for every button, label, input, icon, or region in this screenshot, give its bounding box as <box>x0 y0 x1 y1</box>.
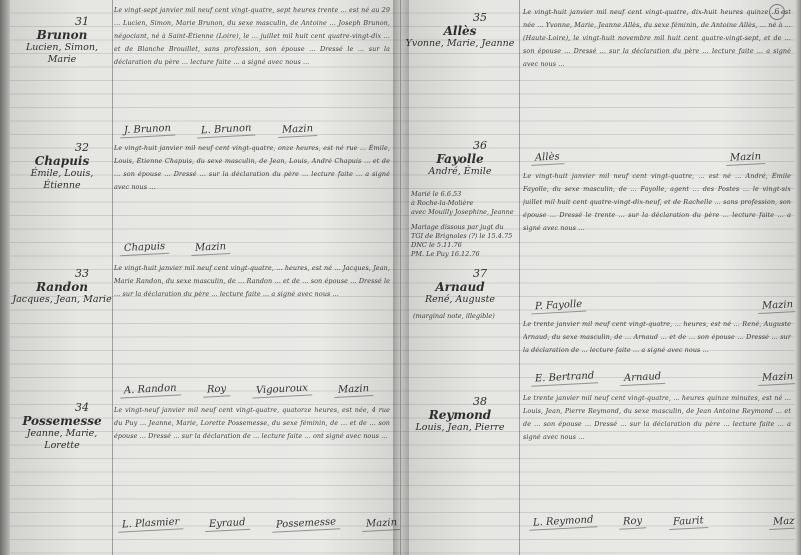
annotation-line: avec Mouilly Josephine, Jeanne <box>411 208 517 217</box>
act-text-35: Le vingt-huit janvier mil neuf cent ving… <box>523 6 791 160</box>
signature: Mazin <box>277 123 317 138</box>
entry-given-names: Émile, Louis, Étienne <box>12 168 112 192</box>
margin-entry-31: 31 Brunon Lucien, Simon, Marie <box>12 16 112 66</box>
register-spread: 31 Brunon Lucien, Simon, Marie 32 Chapui… <box>0 0 801 555</box>
left-margin-column: 31 Brunon Lucien, Simon, Marie 32 Chapui… <box>12 0 113 555</box>
signature: Mazin <box>333 383 373 398</box>
margin-entry-35: 35 Allès Yvonne, Marie, Jeanne <box>401 12 519 50</box>
entry-surname: Brunon <box>12 28 112 42</box>
entry-given-names: Jacques, Jean, Marie <box>12 294 112 306</box>
entry-given-names: Yvonne, Marie, Jeanne <box>401 38 519 50</box>
signature: E. Bertrand <box>531 370 599 387</box>
entry-number: 31 <box>12 16 112 28</box>
entry-surname: Allès <box>401 24 519 38</box>
signatures-38: L. Reymond Roy Faurit Mazin <box>529 516 801 529</box>
signature: Mazin <box>769 515 801 530</box>
signature: Mazin <box>725 151 765 166</box>
margin-entry-33: 33 Randon Jacques, Jean, Marie <box>12 268 112 306</box>
signature: A. Randon <box>120 382 181 398</box>
entry-number: 34 <box>12 402 112 414</box>
signatures-31: J. Brunon L. Brunon Mazin <box>120 124 317 137</box>
entry-surname: Arnaud <box>401 280 519 294</box>
annotation-line: DNC le 5.11.76 <box>411 241 517 250</box>
entry-given-names: Jeanne, Marie, Lorette <box>12 428 112 452</box>
signatures-37: E. Bertrand Arnaud Mazin <box>531 372 797 385</box>
entry-number: 36 <box>401 140 519 152</box>
entry-number: 38 <box>401 396 519 408</box>
signature: Arnaud <box>620 371 666 386</box>
annotation-line: Mariage dissous par jugt du TGI de Brign… <box>411 223 517 241</box>
act-text-32: Le vingt-huit janvier mil neuf cent ving… <box>114 142 390 242</box>
act-text-37: Le trente janvier mil neuf cent vingt-qu… <box>523 318 791 372</box>
entry-surname: Reymond <box>401 408 519 422</box>
signature: Allès <box>531 151 564 166</box>
act-text-38: Le trente janvier mil neuf cent vingt-qu… <box>523 392 791 508</box>
signatures-34: L. Plasmier Eyraud Possemesse Mazin <box>118 518 401 531</box>
annotation-line: (marginal note, illegible) <box>413 312 517 321</box>
signatures-32: Chapuis Mazin <box>120 242 230 255</box>
signature: Mazin <box>758 299 798 314</box>
annotation-line: Marié le 6.6.53 <box>411 190 517 199</box>
signatures-35: Allès Mazin <box>531 152 765 165</box>
signature: L. Reymond <box>529 514 598 531</box>
signature: J. Brunon <box>120 123 176 139</box>
entry-given-names: René, Auguste <box>401 294 519 306</box>
signature: Roy <box>619 515 647 529</box>
act-text-31: Le vingt-sept janvier mil neuf cent ving… <box>114 4 390 122</box>
margin-entry-38: 38 Reymond Louis, Jean, Pierre <box>401 396 519 434</box>
annotation-line: à Roche-la-Molière <box>411 199 517 208</box>
entry-surname: Randon <box>12 280 112 294</box>
signature: Mazin <box>362 517 401 532</box>
entry-given-names: André, Émile <box>401 166 519 178</box>
right-margin-column: 35 Allès Yvonne, Marie, Jeanne 36 Fayoll… <box>401 0 520 555</box>
entry-given-names: Lucien, Simon, Marie <box>12 42 112 66</box>
act-text-36: Le vingt-huit janvier mil neuf cent ving… <box>523 170 791 298</box>
margin-entry-36: 36 Fayolle André, Émile <box>401 140 519 178</box>
act-text-34: Le vingt-neuf janvier mil neuf cent ving… <box>114 404 390 504</box>
marginal-annotations-36: Marié le 6.6.53 à Roche-la-Molière avec … <box>411 190 517 259</box>
marginal-annotations-37: (marginal note, illegible) <box>413 312 517 321</box>
entry-surname: Possemesse <box>12 414 112 428</box>
signature: Faurit <box>668 515 707 530</box>
margin-entry-32: 32 Chapuis Émile, Louis, Étienne <box>12 142 112 192</box>
signature: Possemesse <box>272 516 341 533</box>
signature: Roy <box>202 383 230 397</box>
entry-number: 32 <box>12 142 112 154</box>
entry-number: 37 <box>401 268 519 280</box>
signatures-33: A. Randon Roy Vigouroux Mazin <box>120 384 373 397</box>
signature: Mazin <box>757 371 797 386</box>
entry-surname: Fayolle <box>401 152 519 166</box>
act-text-33: Le vingt-huit janvier mil neuf cent ving… <box>114 262 390 382</box>
signature: L. Plasmier <box>118 516 184 532</box>
signature: L. Brunon <box>197 122 256 138</box>
entry-given-names: Louis, Jean, Pierre <box>401 422 519 434</box>
signature: Chapuis <box>120 241 170 257</box>
signature: P. Fayolle <box>531 299 587 315</box>
left-page: 31 Brunon Lucien, Simon, Marie 32 Chapui… <box>0 0 401 555</box>
signatures-36: P. Fayolle Mazin <box>531 300 797 313</box>
signature: Vigouroux <box>252 382 313 398</box>
entry-number: 35 <box>401 12 519 24</box>
entry-number: 33 <box>12 268 112 280</box>
margin-entry-37: 37 Arnaud René, Auguste <box>401 268 519 306</box>
annotation-line: PM. Le Puy 16.12.76 <box>411 250 517 259</box>
margin-entry-34: 34 Possemesse Jeanne, Marie, Lorette <box>12 402 112 452</box>
signature: Eyraud <box>205 517 250 532</box>
entry-surname: Chapuis <box>12 154 112 168</box>
signature: Mazin <box>191 241 231 256</box>
right-page: 6 35 Allès Yvonne, Marie, Jeanne 36 Fayo… <box>401 0 801 555</box>
